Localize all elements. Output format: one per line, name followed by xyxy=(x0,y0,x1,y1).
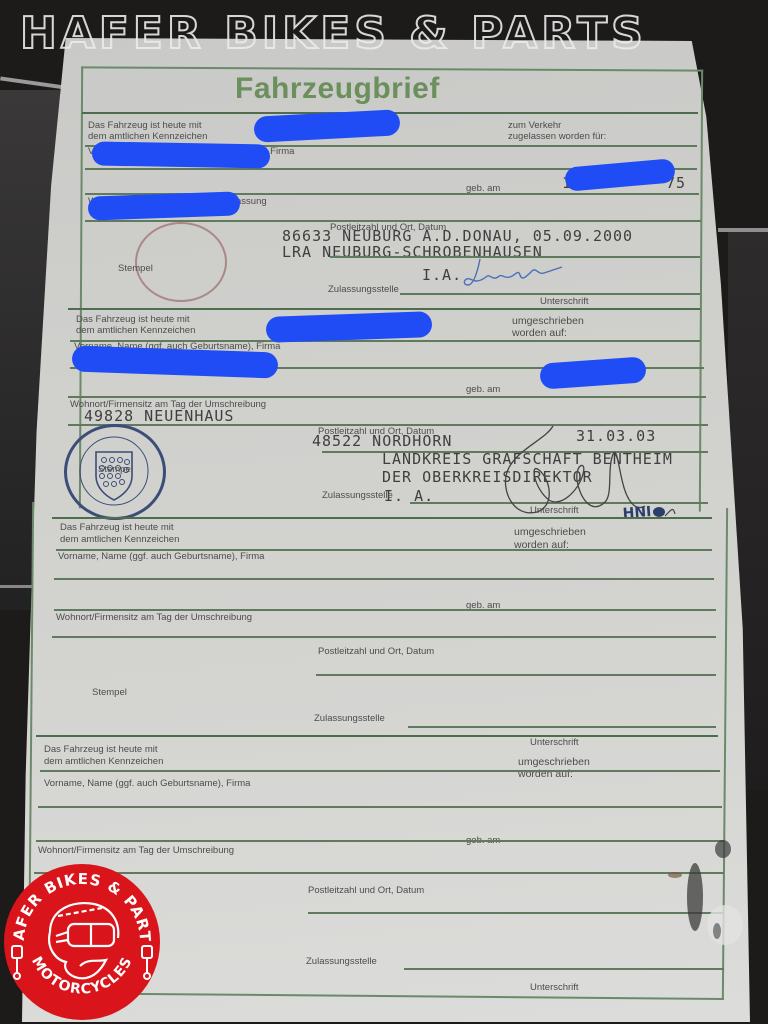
zulassungsstelle-label: Zulassungsstelle xyxy=(314,713,385,724)
umgeschrieben-label: umgeschrieben xyxy=(518,757,590,768)
form-line xyxy=(40,770,720,772)
kennzeichen-label: Das Fahrzeug ist heute mit xyxy=(60,522,174,533)
umgeschrieben-label: worden auf: xyxy=(512,328,567,339)
umgeschrieben-label: umgeschrieben xyxy=(512,316,584,327)
watermark-text: HAFER BIKES & PARTS xyxy=(20,8,647,59)
kennzeichen-label: Das Fahrzeug ist heute mit xyxy=(76,314,190,325)
signature-line xyxy=(404,968,724,970)
background-edge xyxy=(718,228,768,232)
form-line xyxy=(52,636,716,638)
stempel-label: Stempel xyxy=(118,263,153,274)
unterschrift-label: Unterschrift xyxy=(530,982,579,993)
kennzeichen-label: dem amtlichen Kennzeichen xyxy=(60,534,179,545)
svg-text:HNI: HNI xyxy=(622,504,652,522)
kennzeichen-label: Das Fahrzeug ist heute mit xyxy=(44,744,158,755)
kennzeichen-label: dem amtlichen Kennzeichen xyxy=(88,131,207,142)
section-divider xyxy=(68,308,700,310)
stempel-label: Stempel xyxy=(92,687,127,698)
stempel-label: Stempel xyxy=(98,464,133,475)
form-line xyxy=(68,396,706,398)
signature: HNI xyxy=(495,420,695,525)
form-line xyxy=(308,912,724,914)
section-divider xyxy=(36,735,718,737)
form-line xyxy=(54,578,714,580)
hafer-bikes-logo: HAFER BIKES & PARTS MOTORCYCLES xyxy=(2,862,162,1022)
plz-label: Postleitzahl und Ort, Datum xyxy=(318,646,434,657)
form-line xyxy=(54,609,716,611)
form-line xyxy=(38,806,722,808)
official-stamp-neuburg xyxy=(135,222,227,302)
redaction-name xyxy=(92,141,270,168)
name-label: Vorname, Name (ggf. auch Geburtsname), F… xyxy=(44,778,250,789)
form-line xyxy=(316,674,716,676)
zulassungsstelle-label: Zulassungsstelle xyxy=(322,490,393,501)
zulassungsstelle-label: Zulassungsstelle xyxy=(328,284,399,295)
plz-label: Postleitzahl und Ort, Datum xyxy=(308,885,424,896)
unterschrift-label: Unterschrift xyxy=(540,296,589,307)
unterschrift-label: Unterschrift xyxy=(530,737,579,748)
wohnort-label: Wohnort/Firmensitz am Tag der Umschreibu… xyxy=(38,845,234,856)
kennzeichen-label: dem amtlichen Kennzeichen xyxy=(76,325,195,336)
umgeschrieben-label: umgeschrieben xyxy=(514,527,586,538)
verkehr-label: zugelassen worden für: xyxy=(508,131,606,142)
geb-label: geb. am xyxy=(466,384,500,395)
form-line xyxy=(36,840,724,842)
verkehr-label: zum Verkehr xyxy=(508,120,561,131)
dirt-stain xyxy=(665,835,755,965)
document-title: Fahrzeugbrief xyxy=(235,72,440,106)
signature-line xyxy=(400,293,700,295)
section-divider xyxy=(52,517,712,519)
signature-line xyxy=(408,726,716,728)
ia-value: I.A. xyxy=(422,266,462,284)
wohnort-value: 49828 NEUENHAUS xyxy=(84,407,234,425)
plz-value: 48522 NORDHORN xyxy=(312,432,452,450)
kennzeichen-label: Das Fahrzeug ist heute mit xyxy=(88,120,202,131)
signature xyxy=(460,255,570,295)
name-label: Vorname, Name (ggf. auch Geburtsname), F… xyxy=(58,551,264,562)
wohnort-label: Wohnort/Firmensitz am Tag der Umschreibu… xyxy=(56,612,252,623)
kennzeichen-label: dem amtlichen Kennzeichen xyxy=(44,756,163,767)
zulassungsstelle-label: Zulassungsstelle xyxy=(306,956,377,967)
